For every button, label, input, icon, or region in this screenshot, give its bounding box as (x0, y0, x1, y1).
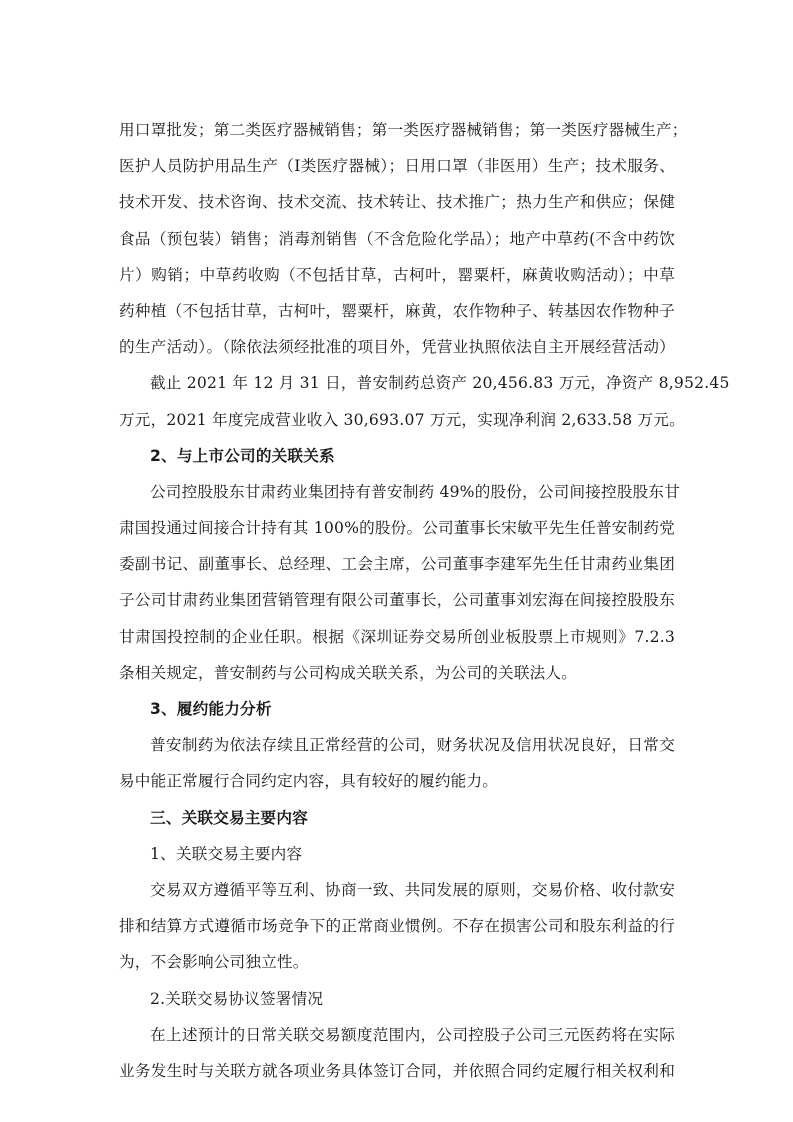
subsection-heading: 2.关联交易协议签署情况 (119, 981, 675, 1017)
paragraph-line: 委副书记、副董事长、总经理、工会主席，公司董事李建军先生任甘肃药业集团 (119, 546, 675, 582)
paragraph-line: 普安制药为依法存续且正常经营的公司，财务状况及信用状况良好，日常交 (119, 727, 675, 763)
paragraph-line: 截止 2021 年 12 月 31 日，普安制药总资产 20,456.83 万元… (119, 365, 675, 401)
paragraph-line: 交易双方遵循平等互利、协商一致、共同发展的原则，交易价格、收付款安 (119, 872, 675, 908)
paragraph-line: 肃国投通过间接合计持有其 100%的股份。公司董事长宋敏平先生任普安制药党 (119, 510, 675, 546)
paragraph-line: 排和结算方式遵循市场竞争下的正常商业惯例。不存在损害公司和股东利益的行 (119, 908, 675, 944)
paragraph-line: 的生产活动）。（除依法须经批准的项目外，凭营业执照依法自主开展经营活动） (119, 329, 675, 365)
paragraph-line: 用口罩批发；第二类医疗器械销售；第一类医疗器械销售；第一类医疗器械生产； (119, 112, 675, 148)
paragraph-line: 药种植（不包括甘草，古柯叶，罂粟杆，麻黄，农作物种子、转基因农作物种子 (119, 293, 675, 329)
paragraph-line: 为，不会影响公司独立性。 (119, 944, 675, 980)
paragraph-line: 条相关规定，普安制药与公司构成关联关系，为公司的关联法人。 (119, 655, 675, 691)
paragraph-line: 在上述预计的日常关联交易额度范围内，公司控股子公司三元医药将在实际 (119, 1017, 675, 1053)
subsection-heading: 1、关联交易主要内容 (119, 836, 675, 872)
document-page: 用口罩批发；第二类医疗器械销售；第一类医疗器械销售；第一类医疗器械生产； 医护人… (119, 112, 675, 1089)
paragraph-line: 业务发生时与关联方就各项业务具体签订合同，并依照合同约定履行相关权利和 (119, 1053, 675, 1089)
paragraph-line: 医护人员防护用品生产（Ⅰ类医疗器械）；日用口罩（非医用）生产；技术服务、 (119, 148, 675, 184)
paragraph-line: 食品（预包装）销售；消毒剂销售（不含危险化学品）；地产中草药(不含中药饮 (119, 221, 675, 257)
paragraph-line: 公司控股股东甘肃药业集团持有普安制药 49%的股份，公司间接控股股东甘 (119, 474, 675, 510)
section-heading: 3、履约能力分析 (119, 691, 675, 727)
section-heading: 2、与上市公司的关联关系 (119, 438, 675, 474)
paragraph-line: 技术开发、技术咨询、技术交流、技术转让、技术推广；热力生产和供应；保健 (119, 184, 675, 220)
paragraph-line: 万元，2021 年度完成营业收入 30,693.07 万元，实现净利润 2,63… (119, 402, 675, 438)
section-heading: 三、关联交易主要内容 (119, 800, 675, 836)
paragraph-line: 子公司甘肃药业集团营销管理有限公司董事长，公司董事刘宏海在间接控股股东 (119, 582, 675, 618)
paragraph-line: 易中能正常履行合同约定内容，具有较好的履约能力。 (119, 763, 675, 799)
paragraph-line: 片）购销；中草药收购（不包括甘草，古柯叶，罂粟杆，麻黄收购活动）；中草 (119, 257, 675, 293)
paragraph-line: 甘肃国投控制的企业任职。根据《深圳证券交易所创业板股票上市规则》7.2.3 (119, 619, 675, 655)
